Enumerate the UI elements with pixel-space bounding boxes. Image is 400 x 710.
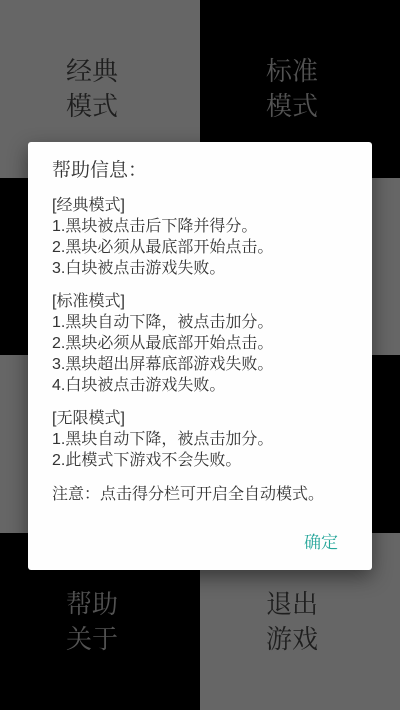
section-header: [无限模式] — [52, 408, 348, 429]
rule-line: 1.黑块自动下降，被点击加分。 — [52, 429, 348, 450]
dialog-actions: 确定 — [292, 525, 350, 560]
standard-mode-label-line1: 标准 — [266, 54, 318, 89]
classic-mode-rules-section: [经典模式] 1.黑块被点击后下降并得分。 2.黑块必须从最底部开始点击。 3.… — [52, 195, 348, 279]
rule-line: 2.黑块必须从最底部开始点击。 — [52, 333, 348, 354]
exit-game-label: 退出 游戏 — [266, 587, 318, 657]
rule-line: 3.白块被点击游戏失败。 — [52, 258, 348, 279]
rule-line: 3.黑块超出屏幕底部游戏失败。 — [52, 354, 348, 375]
standard-mode-rules-section: [标准模式] 1.黑块自动下降，被点击加分。 2.黑块必须从最底部开始点击。 3… — [52, 291, 348, 396]
rule-line: 2.此模式下游戏不会失败。 — [52, 450, 348, 471]
dialog-body: [经典模式] 1.黑块被点击后下降并得分。 2.黑块必须从最底部开始点击。 3.… — [52, 195, 348, 505]
standard-mode-label: 标准 模式 — [266, 54, 318, 124]
classic-mode-label: 经典 模式 — [66, 54, 118, 124]
rule-line: 1.黑块被点击后下降并得分。 — [52, 216, 348, 237]
rule-line: 4.白块被点击游戏失败。 — [52, 375, 348, 396]
game-main-menu-screen: 经典 模式 标准 模式 帮助 关于 退出 游戏 帮助信息： [经典模式] 1.黑… — [0, 0, 400, 710]
rule-line: 2.黑块必须从最底部开始点击。 — [52, 237, 348, 258]
classic-mode-label-line1: 经典 — [66, 54, 118, 89]
help-about-label: 帮助 关于 — [66, 587, 118, 657]
help-about-label-line1: 帮助 — [66, 587, 118, 622]
dialog-note: 注意：点击得分栏可开启全自动模式。 — [52, 484, 348, 505]
rule-line: 1.黑块自动下降，被点击加分。 — [52, 312, 348, 333]
classic-mode-label-line2: 模式 — [66, 89, 118, 124]
exit-game-label-line1: 退出 — [266, 587, 318, 622]
exit-game-label-line2: 游戏 — [266, 622, 318, 657]
dialog-title: 帮助信息： — [52, 158, 348, 183]
help-about-label-line2: 关于 — [66, 622, 118, 657]
infinite-mode-rules-section: [无限模式] 1.黑块自动下降，被点击加分。 2.此模式下游戏不会失败。 — [52, 408, 348, 471]
section-header: [经典模式] — [52, 195, 348, 216]
help-info-dialog: 帮助信息： [经典模式] 1.黑块被点击后下降并得分。 2.黑块必须从最底部开始… — [28, 142, 372, 570]
confirm-button[interactable]: 确定 — [292, 525, 350, 560]
section-header: [标准模式] — [52, 291, 348, 312]
standard-mode-label-line2: 模式 — [266, 89, 318, 124]
